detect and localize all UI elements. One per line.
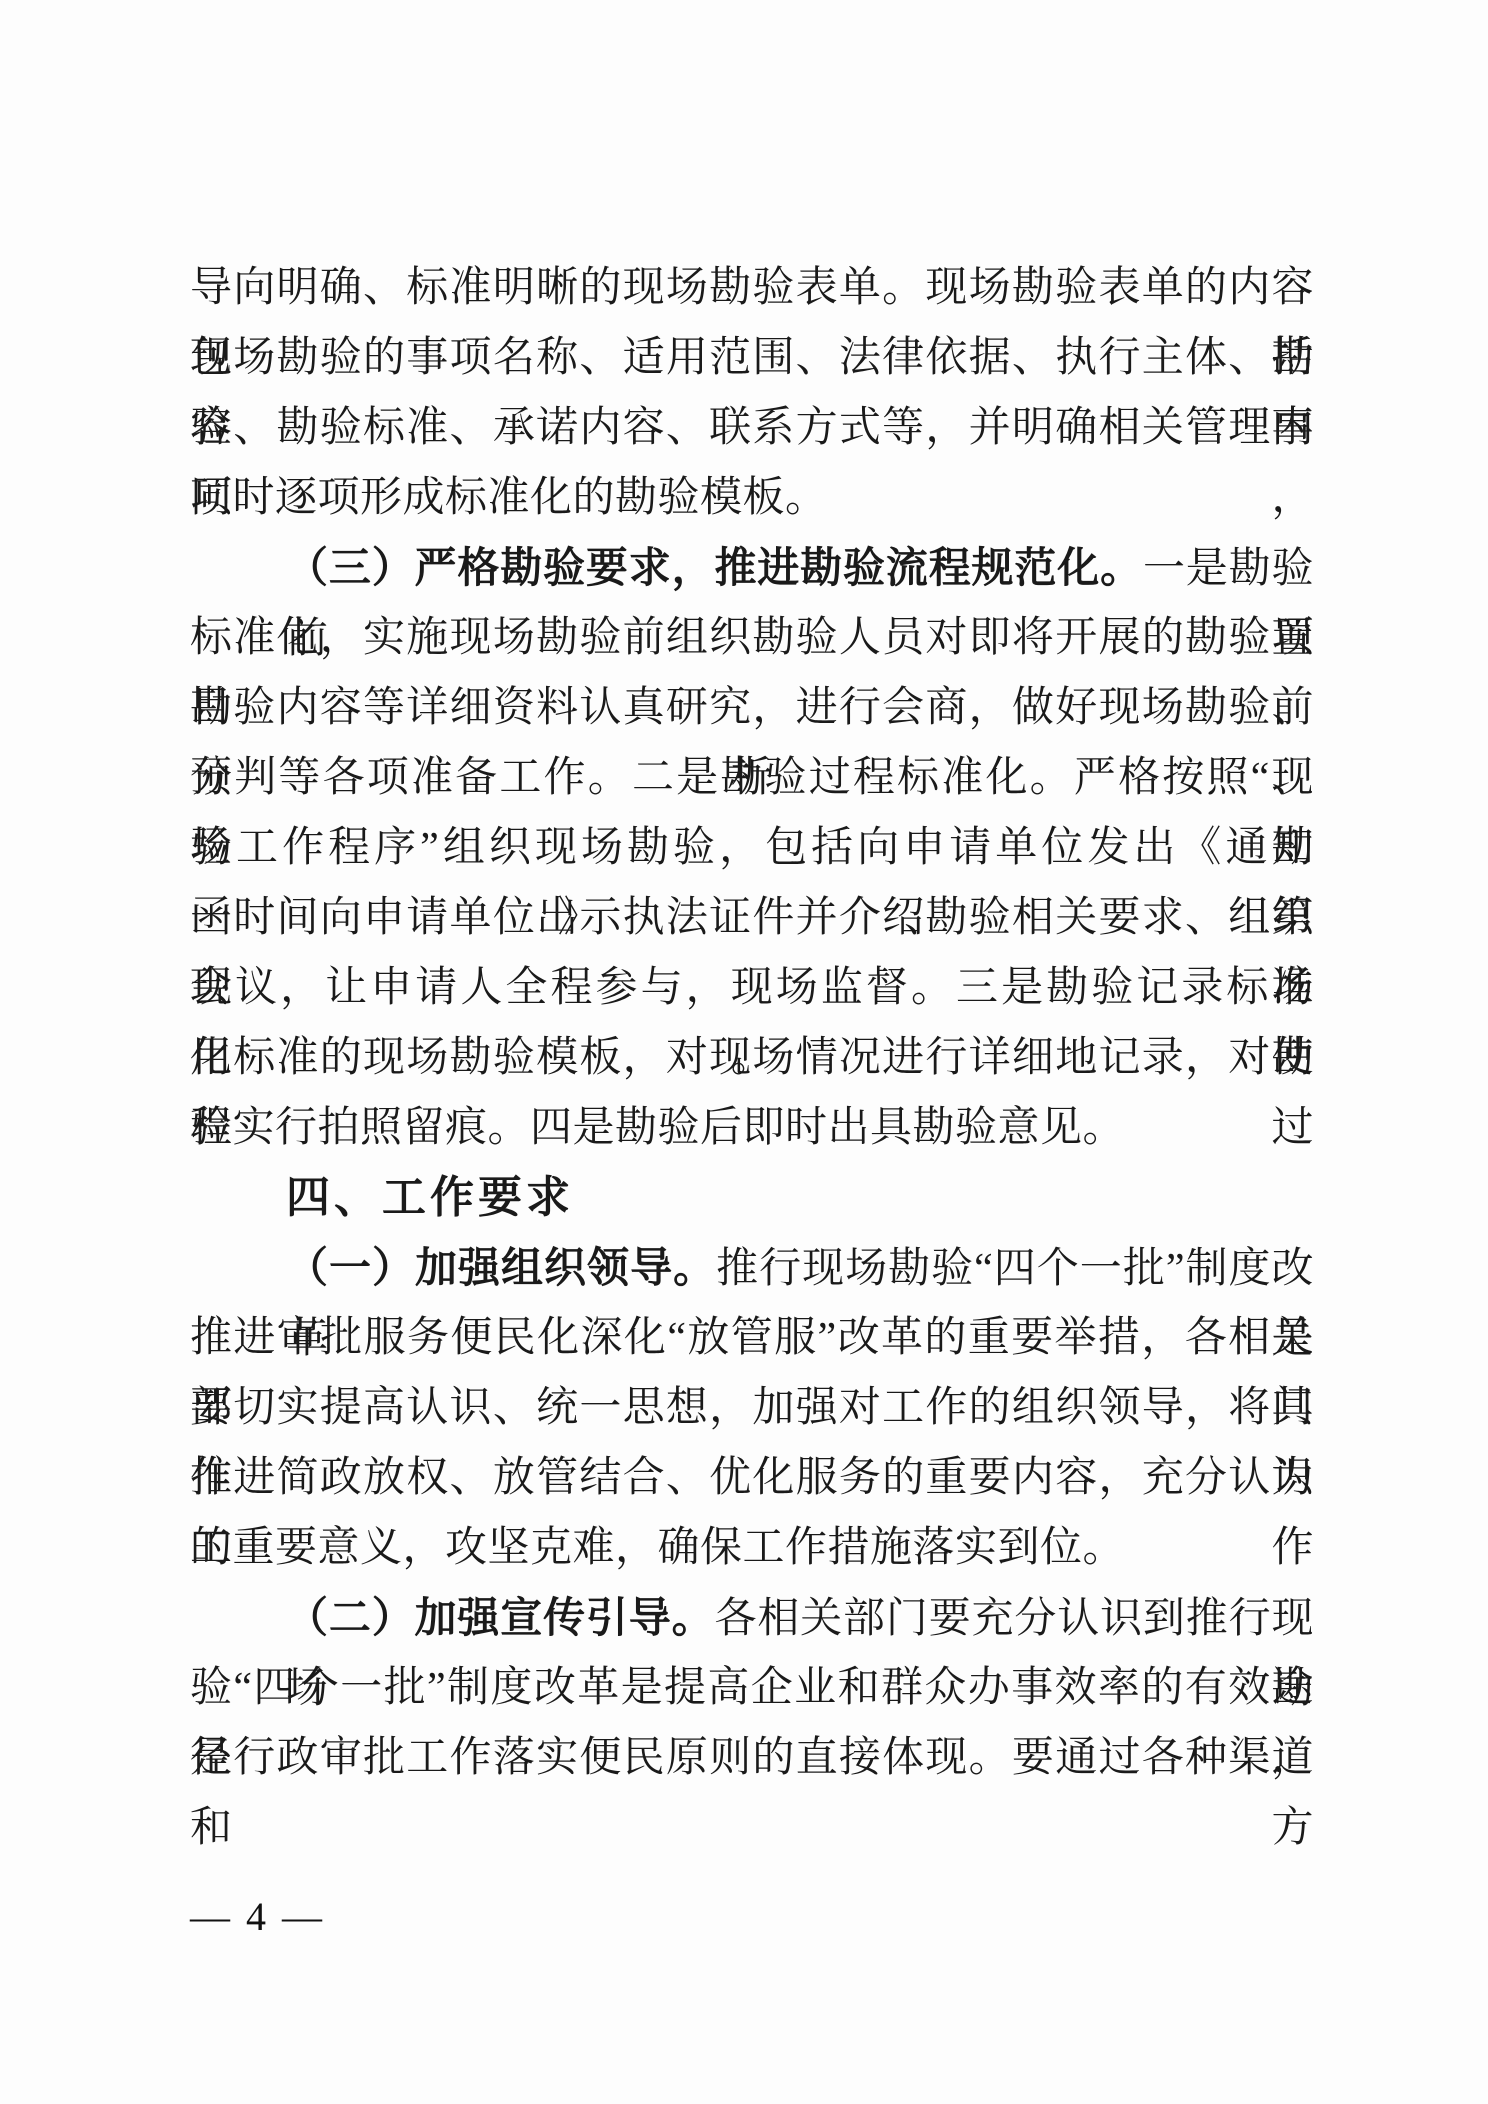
document-page: 导向明确、标准明晰的现场勘验表单。现场勘验表单的内容包括 现场勘验的事项名称、适…	[0, 0, 1488, 2104]
document-line: 现场勘验的事项名称、适用范围、法律依据、执行主体、勘验内	[190, 323, 1314, 393]
document-line: 勘验内容等详细资料认真研究，进行会商，做好现场勘验前分析、	[190, 673, 1314, 743]
document-line: 会议，让申请人全程参与，现场监督。三是勘验记录标准化。使	[190, 953, 1314, 1023]
document-line: （二）加强宣传引导。各相关部门要充分认识到推行现场勘	[190, 1583, 1314, 1653]
document-line: 推进简政放权、放管结合、优化服务的重要内容，充分认识工作	[190, 1443, 1314, 1513]
document-line: 一时间向申请单位出示执法证件并介绍勘验相关要求、组织现场	[190, 883, 1314, 953]
document-line: 导向明确、标准明晰的现场勘验表单。现场勘验表单的内容包括	[190, 253, 1314, 323]
page-number: — 4 —	[190, 1882, 325, 1952]
paragraph-lead-sentence: （一）加强组织领导。	[286, 1243, 716, 1292]
document-line: 用标准的现场勘验模板，对现场情况进行详细地记录，对勘验过	[190, 1023, 1314, 1093]
document-line: 是行政审批工作落实便民原则的直接体现。要通过各种渠道和方	[190, 1723, 1314, 1793]
document-line: 验工作程序”组织现场勘验，包括向申请单位发出《通知函》、第	[190, 813, 1314, 883]
paragraph-lead-sentence: （二）加强宣传引导。	[286, 1593, 714, 1642]
document-line: 标准化，实施现场勘验前组织勘验人员对即将开展的勘验项目、	[190, 603, 1314, 673]
document-line: （一）加强组织领导。推行现场勘验“四个一批”制度改革是	[190, 1233, 1314, 1303]
document-line: 预判等各项准备工作。二是勘验过程标准化。严格按照“现场勘	[190, 743, 1314, 813]
paragraph-lead-sentence: （三）严格勘验要求，推进勘验流程规范化。	[286, 543, 1143, 592]
document-line: 推进审批服务便民化深化“放管服”改革的重要举措，各相关部门	[190, 1303, 1314, 1373]
document-line: （三）严格勘验要求，推进勘验流程规范化。一是勘验前置	[190, 533, 1314, 603]
document-body: 导向明确、标准明晰的现场勘验表单。现场勘验表单的内容包括 现场勘验的事项名称、适…	[190, 253, 1314, 1793]
document-line: 要切实提高认识、统一思想，加强对工作的组织领导，将其作为	[190, 1373, 1314, 1443]
document-line: 容、勘验标准、承诺内容、联系方式等，并明确相关管理事项，	[190, 393, 1314, 463]
section-heading: 四、工作要求	[190, 1163, 1314, 1233]
document-line: 验“四个一批”制度改革是提高企业和群众办事效率的有效途径，	[190, 1653, 1314, 1723]
